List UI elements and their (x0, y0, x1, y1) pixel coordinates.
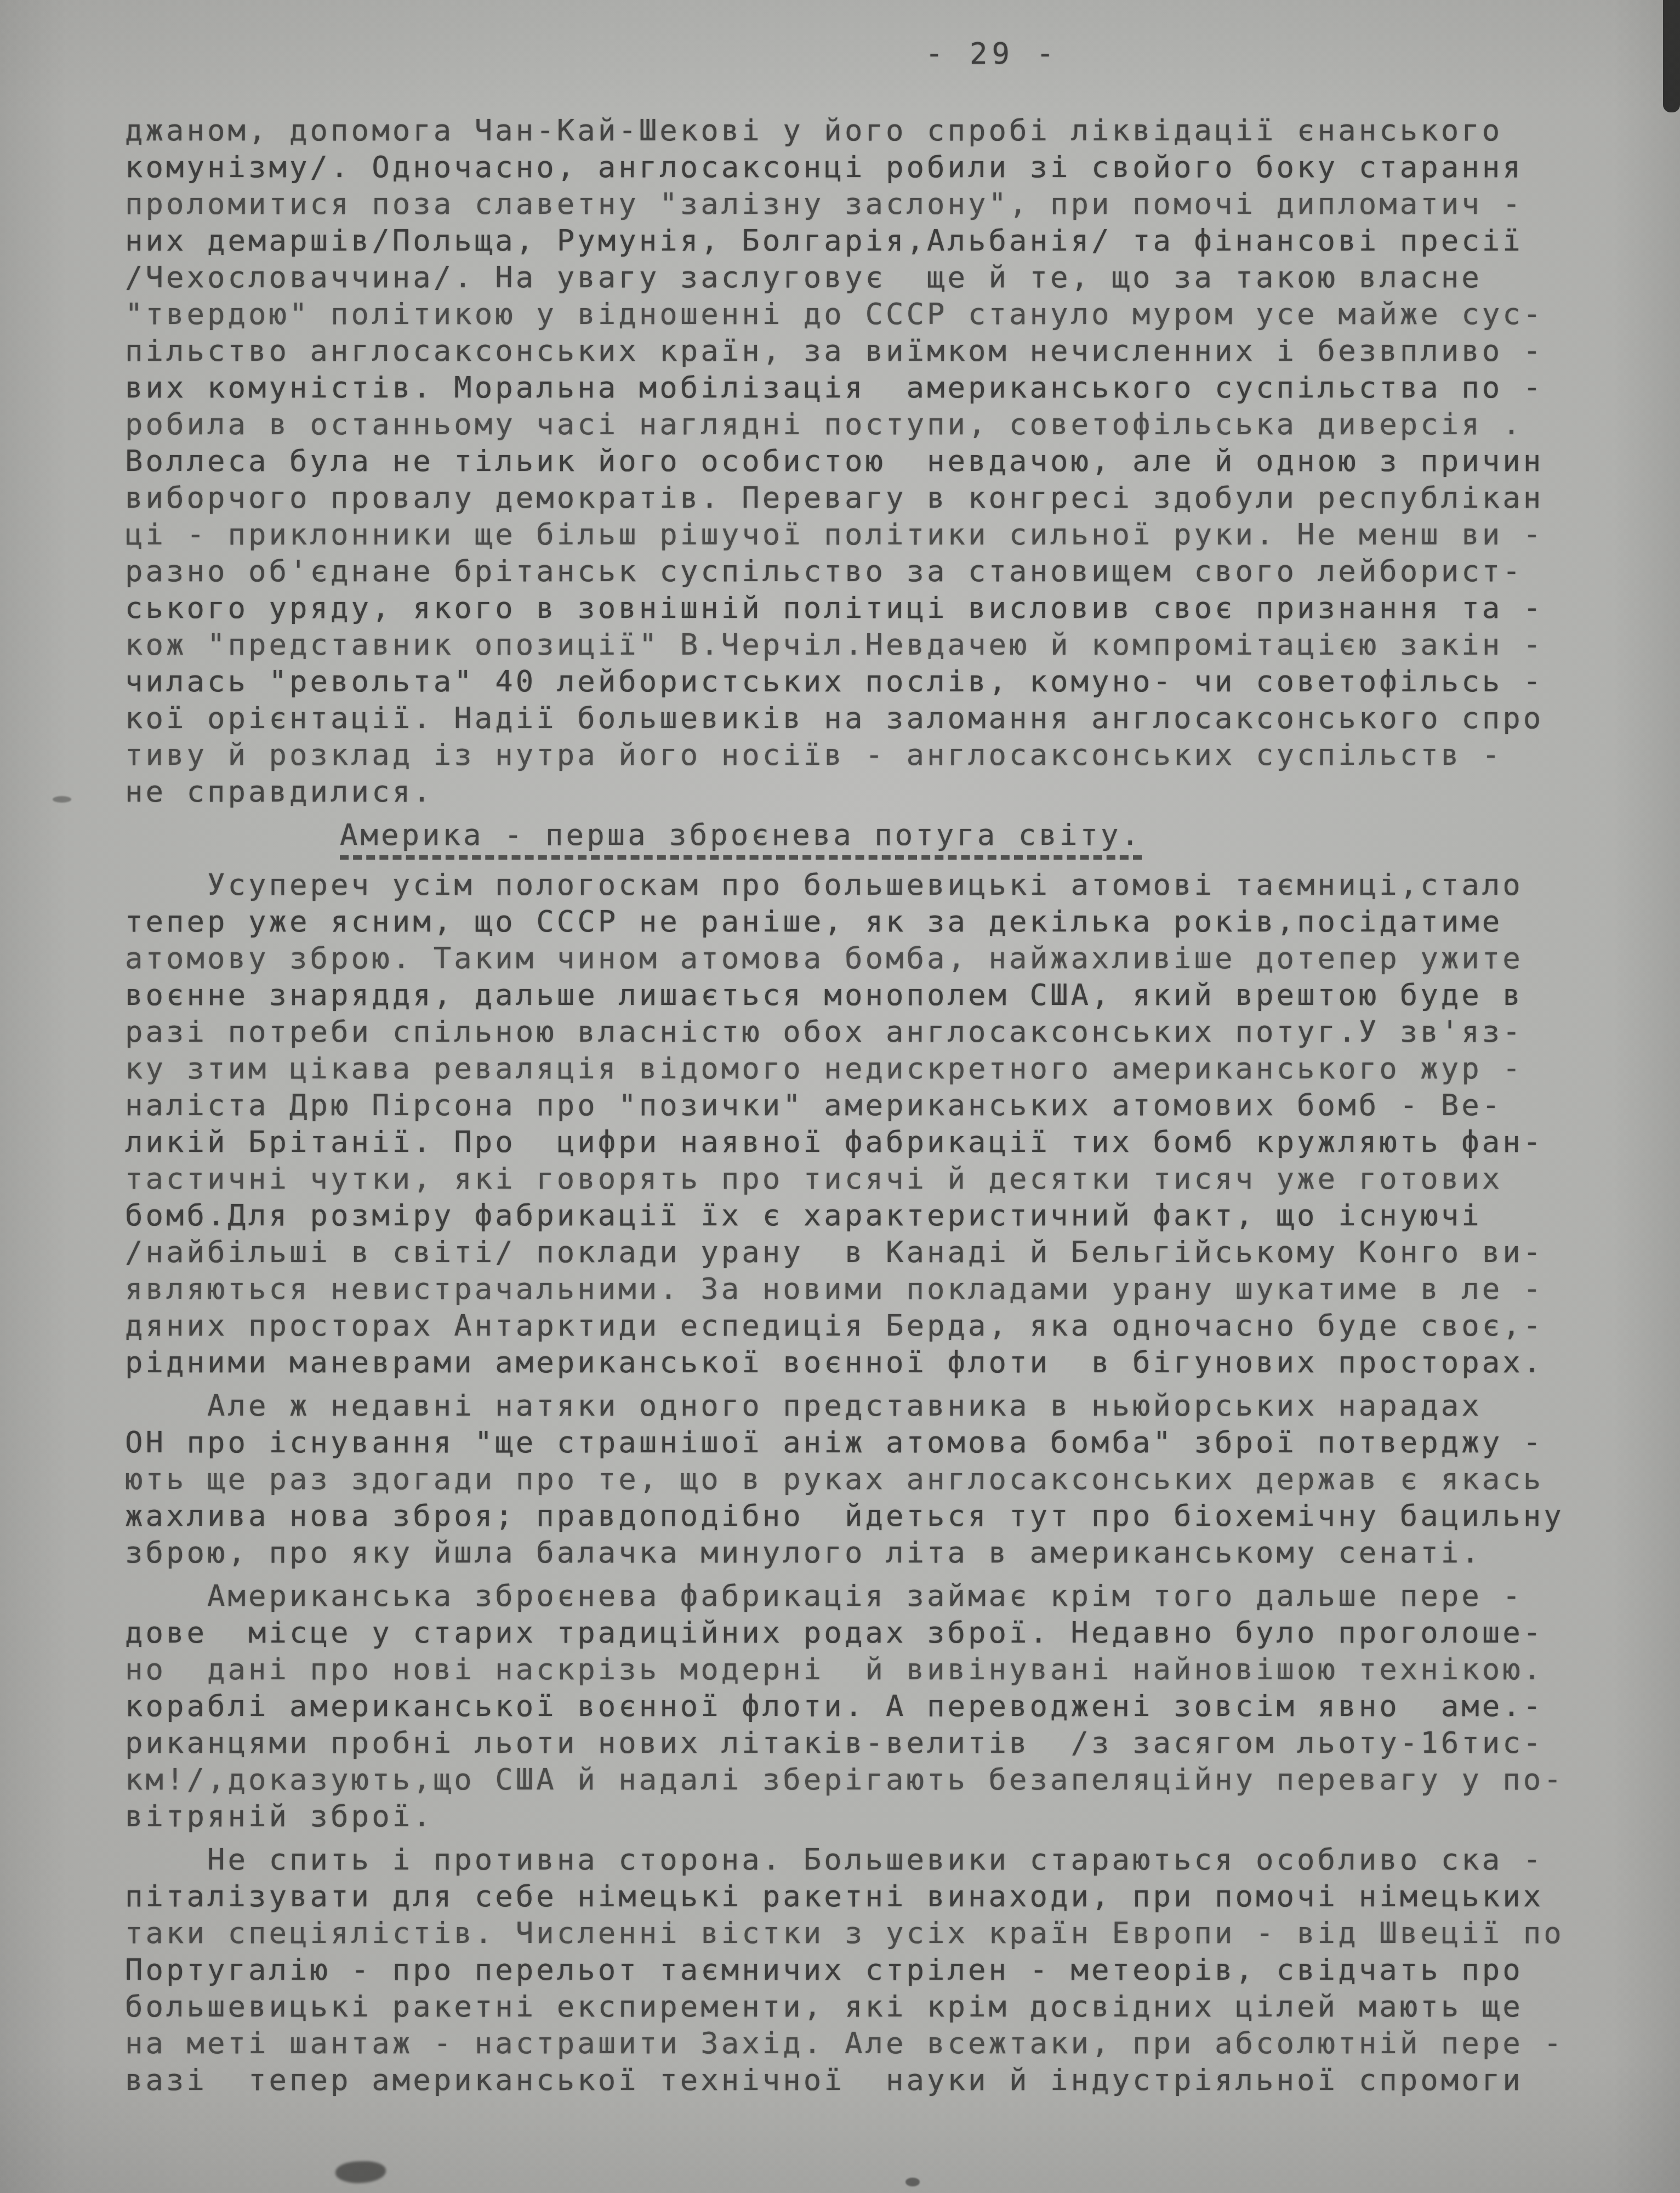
text-line: вих комуністів. Моральна мобілізація аме… (125, 369, 1665, 406)
text-line: джаном, допомога Чан-Кай-Шекові у його с… (125, 112, 1665, 149)
paragraph: Американська зброєнева фабрикація займає… (125, 1577, 1665, 1834)
scan-artifact-dot (906, 2178, 920, 2186)
scan-artifact-edge (1663, 0, 1680, 112)
text-line: ликій Брітанії. Про цифри наявної фабрик… (125, 1123, 1665, 1160)
text-line: тастичні чутки, які говорять про тисячі … (125, 1160, 1665, 1197)
text-line: ють ще раз здогади про те, що в руках ан… (125, 1461, 1665, 1497)
document-text: джаном, допомога Чан-Кай-Шекові у його с… (125, 112, 1665, 2098)
text-line: являються невистрачальними. За новими по… (125, 1270, 1665, 1307)
heading-underline: Америка - перша зброєнева потуга світу. (340, 816, 1142, 860)
text-line: наліста Дрю Пірсона про "позички" америк… (125, 1087, 1665, 1123)
text-line: кої орієнтації. Надії большевиків на зал… (125, 700, 1665, 736)
text-line: робила в останньому часі наглядні поступ… (125, 406, 1665, 442)
text-line: Але ж недавні натяки одного представника… (125, 1387, 1665, 1424)
text-line: кораблі американської воєнної флоти. А п… (125, 1688, 1665, 1724)
text-line: но дані про нові наскрізь модерні й виві… (125, 1651, 1665, 1688)
text-line: /найбільші в світі/ поклади урану в Кана… (125, 1234, 1665, 1270)
text-line: тепер уже ясним, що СССР не раніше, як з… (125, 903, 1665, 940)
text-line: атомову зброю. Таким чином атомова бомба… (125, 940, 1665, 976)
text-line: таки спеціялістів. Численні вістки з усі… (125, 1914, 1665, 1951)
text-line: ського уряду, якого в зовнішній політиці… (125, 589, 1665, 626)
text-line: пільство англосаксонських країн, за виїм… (125, 332, 1665, 369)
text-line: "твердою" політикою у відношенні до СССР… (125, 296, 1665, 332)
text-line: не справдилися. (125, 773, 1665, 810)
paragraph: Не спить і противна сторона. Большевики … (125, 1841, 1665, 2098)
text-line: чилась "револьта" 40 лейбористських посл… (125, 663, 1665, 700)
text-line: піталізувати для себе німецькі ракетні в… (125, 1878, 1665, 1914)
text-line: Американська зброєнева фабрикація займає… (125, 1577, 1665, 1614)
text-line: Воллеса була не тільик його особистою не… (125, 442, 1665, 479)
text-line: виборчого провалу демократів. Перевагу в… (125, 479, 1665, 516)
text-line: разно об'єднане брітанськ суспільство за… (125, 553, 1665, 589)
text-line: вітряній зброї. (125, 1798, 1665, 1834)
text-line: зброю, про яку йшла балачка минулого літ… (125, 1534, 1665, 1571)
text-line: тиву й розклад із нутра його носіїв - ан… (125, 736, 1665, 773)
text-line: ці - приклонники ще більш рішучої політи… (125, 516, 1665, 553)
section-heading: Америка - перша зброєнева потуга світу. (340, 816, 1665, 860)
paragraph: Усупереч усім пологоскам про большевицьк… (125, 866, 1665, 1380)
text-line: Усупереч усім пологоскам про большевицьк… (125, 866, 1665, 903)
text-line: на меті шантаж - настрашити Захід. Але в… (125, 2025, 1665, 2061)
text-line: разі потреби спільною власністю обох анг… (125, 1013, 1665, 1050)
page-number: - 29 - (925, 36, 1058, 71)
text-line: Не спить і противна сторона. Большевики … (125, 1841, 1665, 1878)
heading-text-line: Америка - перша зброєнева потуга світу. (340, 816, 1665, 860)
text-line: риканцями пробні льоти нових літаків-вел… (125, 1724, 1665, 1761)
text-line: воєнне знаряддя, дальше лишається монопо… (125, 976, 1665, 1013)
text-line: ку зтим цікава реваляція відомого недиск… (125, 1050, 1665, 1087)
text-line: кож "представник опозиції" В.Черчіл.Невд… (125, 626, 1665, 663)
paragraph: Але ж недавні натяки одного представника… (125, 1387, 1665, 1571)
text-line: дяних просторах Антарктиди еспедиція Бер… (125, 1307, 1665, 1344)
text-line: вазі тепер американської технічної науки… (125, 2061, 1665, 2098)
text-line: бомб.Для розміру фабрикації їх є характе… (125, 1197, 1665, 1234)
scanned-document-page: - 29 - джаном, допомога Чан-Кай-Шекові у… (0, 0, 1680, 2193)
text-line: Португалію - про перельот таємничих стрі… (125, 1951, 1665, 1988)
text-line: рідними маневрами американської воєнної … (125, 1344, 1665, 1380)
text-line: большевицькі ракетні експиременти, які к… (125, 1988, 1665, 2025)
scan-artifact-fleck (53, 796, 71, 803)
scan-artifact-smudge (335, 2161, 386, 2183)
text-line: проломитися поза славетну "залізну засло… (125, 185, 1665, 222)
text-line: /Чехословаччина/. На увагу заслуговує ще… (125, 259, 1665, 296)
text-line: жахлива нова зброя; правдоподібно йдетьс… (125, 1497, 1665, 1534)
text-line: них демаршів/Польща, Румунія, Болгарія,А… (125, 222, 1665, 259)
text-line: ОН про існування "ще страшнішої аніж ато… (125, 1424, 1665, 1461)
paragraph: джаном, допомога Чан-Кай-Шекові у його с… (125, 112, 1665, 810)
text-line: км!/,доказують,що США й надалі зберігают… (125, 1761, 1665, 1798)
text-line: дове місце у старих традиційних родах зб… (125, 1614, 1665, 1651)
text-line: комунізму/. Одночасно, англосаксонці роб… (125, 149, 1665, 185)
